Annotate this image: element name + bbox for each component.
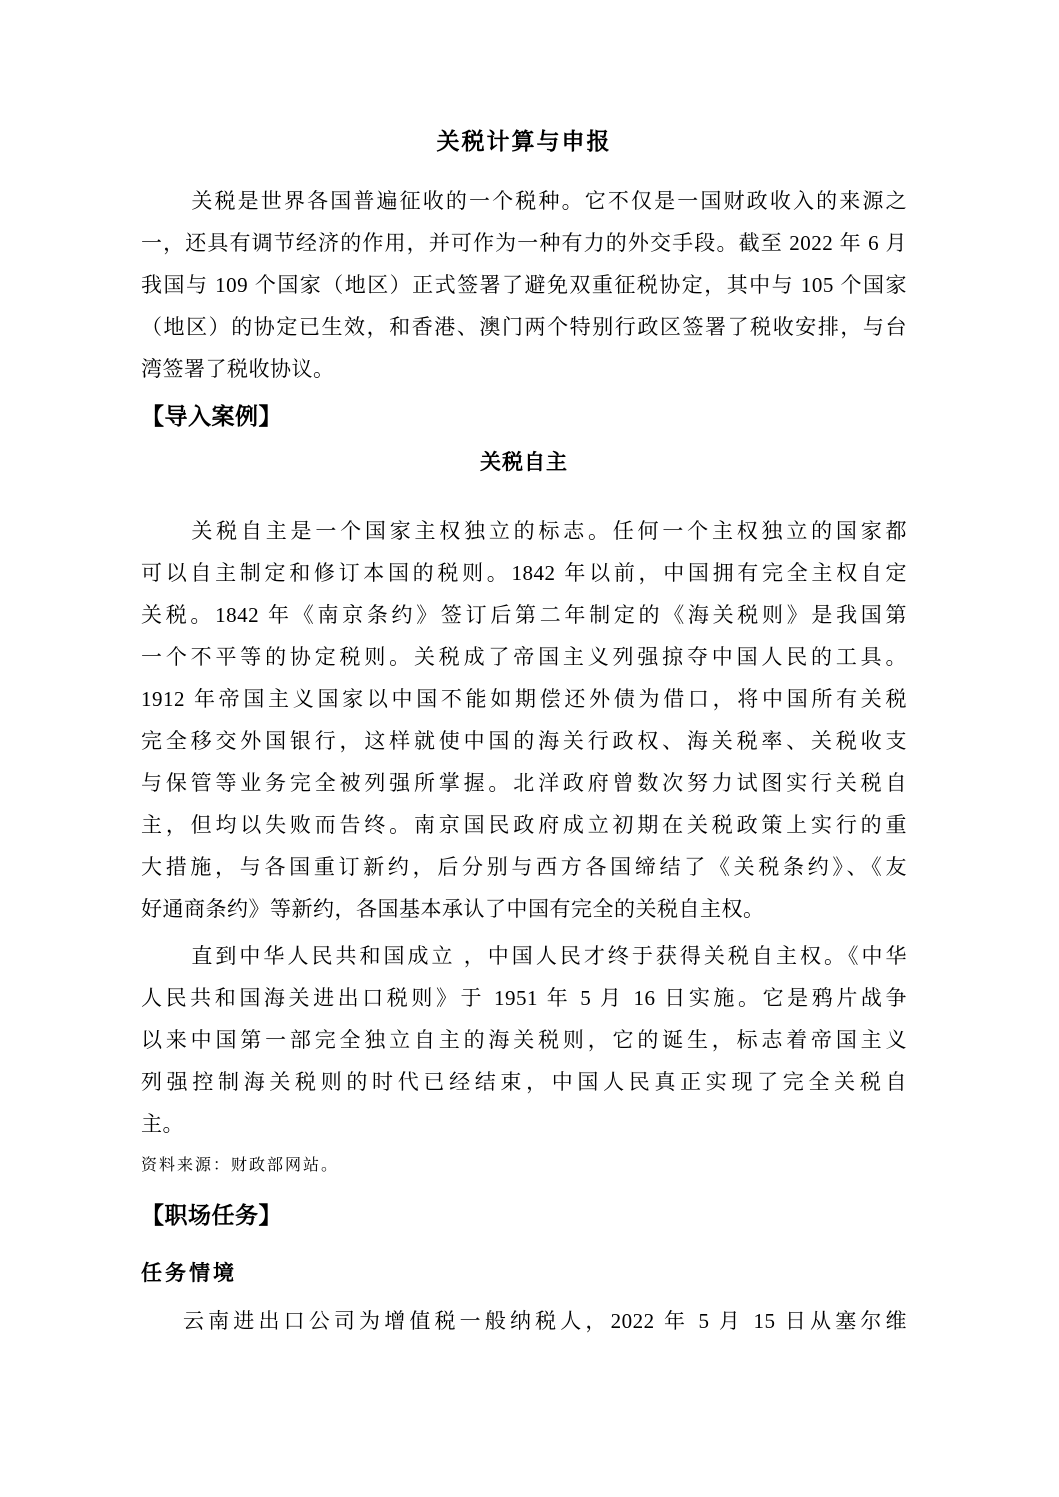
text-line: 主，但均以失败而告终。南京国民政府成立初期在关税政策上实行的重 bbox=[141, 804, 907, 846]
text-line: 大措施，与各国重订新约，后分别与西方各国缔结了《关税条约》、《友 bbox=[141, 846, 907, 888]
document-page: 关税计算与申报 关税是世界各国普遍征收的一个税种。它不仅是一国财政收入的来源之 … bbox=[0, 0, 1059, 1497]
intro-paragraph: 关税是世界各国普遍征收的一个税种。它不仅是一国财政收入的来源之 一，还具有调节经… bbox=[141, 180, 907, 390]
text-line: （地区）的协定已生效，和香港、澳门两个特别行政区签署了税收安排，与台 bbox=[141, 306, 907, 348]
task-subheading: 任务情境 bbox=[141, 1257, 907, 1289]
case-subtitle: 关税自主 bbox=[141, 446, 907, 480]
text-line: 我国与 109 个国家（地区）正式签署了避免双重征税协定，其中与 105 个国家 bbox=[141, 264, 907, 306]
task-paragraph: 云南进出口公司为增值税一般纳税人，2022 年 5 月 15 日从塞尔维 bbox=[141, 1300, 907, 1342]
text-line: 列强控制海关税则的时代已经结束，中国人民真正实现了完全关税自 bbox=[141, 1061, 907, 1103]
text-line: 好通商条约》等新约，各国基本承认了中国有完全的关税自主权。 bbox=[141, 888, 907, 930]
text-line: 关税是世界各国普遍征收的一个税种。它不仅是一国财政收入的来源之 bbox=[141, 180, 907, 222]
section-heading-task: 【职场任务】 bbox=[141, 1197, 907, 1233]
text-line: 湾签署了税收协议。 bbox=[141, 348, 907, 390]
text-line: 直到中华人民共和国成立 ，中国人民才终于获得关税自主权。《中华 bbox=[141, 935, 907, 977]
source-note: 资料来源：财政部网站。 bbox=[141, 1153, 907, 1179]
text-line: 以来中国第一部完全独立自主的海关税则，它的诞生，标志着帝国主义 bbox=[141, 1019, 907, 1061]
case-paragraph-2: 直到中华人民共和国成立 ，中国人民才终于获得关税自主权。《中华 人民共和国海关进… bbox=[141, 935, 907, 1145]
text-line: 一，还具有调节经济的作用，并可作为一种有力的外交手段。截至 2022 年 6 月 bbox=[141, 222, 907, 264]
text-line: 完全移交外国银行，这样就使中国的海关行政权、海关税率、关税收支 bbox=[141, 720, 907, 762]
text-line: 人民共和国海关进出口税则》于 1951 年 5 月 16 日实施。它是鸦片战争 bbox=[141, 977, 907, 1019]
text-line: 一个不平等的协定税则。关税成了帝国主义列强掠夺中国人民的工具。 bbox=[141, 636, 907, 678]
text-line: 1912 年帝国主义国家以中国不能如期偿还外债为借口，将中国所有关税 bbox=[141, 678, 907, 720]
text-line: 关税。1842 年《南京条约》签订后第二年制定的《海关税则》是我国第 bbox=[141, 594, 907, 636]
case-paragraph-1: 关税自主是一个国家主权独立的标志。任何一个主权独立的国家都 可以自主制定和修订本… bbox=[141, 510, 907, 930]
text-line: 关税自主是一个国家主权独立的标志。任何一个主权独立的国家都 bbox=[141, 510, 907, 552]
text-line: 可以自主制定和修订本国的税则。1842 年以前，中国拥有完全主权自定 bbox=[141, 552, 907, 594]
document-title: 关税计算与申报 bbox=[141, 124, 907, 160]
text-line: 与保管等业务完全被列强所掌握。北洋政府曾数次努力试图实行关税自 bbox=[141, 762, 907, 804]
text-line: 云南进出口公司为增值税一般纳税人，2022 年 5 月 15 日从塞尔维 bbox=[141, 1300, 907, 1342]
text-line: 主。 bbox=[141, 1103, 907, 1145]
section-heading-case: 【导入案例】 bbox=[141, 398, 907, 434]
